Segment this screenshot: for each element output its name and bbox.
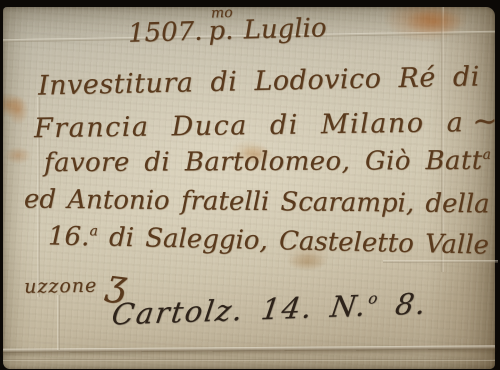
- body-line-5-number: 16.: [48, 221, 90, 252]
- archival-reference-superscript: o: [367, 289, 381, 307]
- handwritten-text-layer: 1507.mop. Luglio Investitura di Lodovico…: [0, 0, 500, 370]
- body-line-5: 16.a di Saleggio, Casteletto Valle: [48, 221, 490, 260]
- body-line-2-text: Francia Duca di Milano a: [34, 107, 465, 144]
- archival-reference-number: 8.: [393, 286, 429, 321]
- body-line-3-superscript: a: [483, 147, 492, 163]
- archival-reference-prefix: Cartolz. 14. N.: [110, 288, 370, 331]
- body-line-5-number-superscript: a: [89, 223, 98, 239]
- archival-reference-line: Cartolz. 14. N.o 8.: [110, 286, 430, 331]
- body-line-1: Investitura di Lodovico Ré di: [38, 61, 480, 101]
- date-day-abbreviation: mop.: [208, 16, 234, 47]
- date-year: 1507.: [128, 17, 203, 49]
- body-line-4: ed Antonio fratelli Scarampi, della: [24, 185, 490, 220]
- body-line-1-text: Investitura di Lodovico Ré di: [38, 61, 480, 101]
- body-line-3-text: favore di Bartolomeo, Giò Batt: [44, 146, 483, 178]
- body-line-4-text: ed Antonio fratelli Scarampi, della: [24, 185, 490, 220]
- body-line-2: Francia Duca di Milano a~: [34, 104, 499, 145]
- body-line-5-text: di Saleggio, Casteletto Valle: [109, 223, 490, 261]
- date-line: 1507.mop. Luglio: [128, 13, 327, 49]
- date-superscript: mo: [211, 5, 233, 22]
- body-line-3: favore di Bartolomeo, Giò Batta: [44, 146, 492, 178]
- body-line-6: uzzoneʒ: [24, 259, 129, 302]
- manuscript-photo: 1507.mop. Luglio Investitura di Lodovico…: [0, 0, 500, 370]
- date-month: Luglio: [243, 13, 327, 45]
- body-line-6-text: uzzone: [24, 275, 98, 298]
- line-end-flourish: ~: [472, 104, 499, 139]
